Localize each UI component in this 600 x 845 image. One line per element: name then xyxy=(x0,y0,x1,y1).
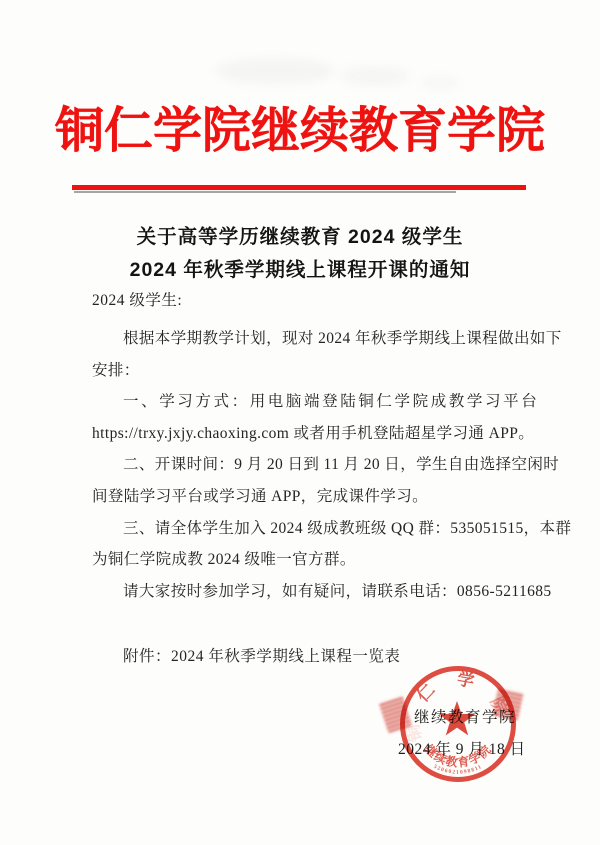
attachment-line: 附件：2024 年秋季学期线上课程一览表 xyxy=(92,644,400,666)
svg-text:继续教育学院: 继续教育学院 xyxy=(422,741,494,770)
body-line-url: https://trxy.jxjy.chaoxing.com 或者用手机登陆超星… xyxy=(92,418,522,450)
seal-bottom-text: 继续教育学院 xyxy=(422,741,494,770)
scan-artifact xyxy=(215,58,335,84)
body-line: 二、开课时间：9 月 20 日到 11 月 20 日，学生自由选择空闲时 xyxy=(92,449,522,481)
body-line: 三、请全体学生加入 2024 级成教班级 QQ 群：535051515，本群 xyxy=(92,513,522,545)
scan-artifact xyxy=(420,76,460,90)
scan-artifact xyxy=(340,66,410,86)
scanned-notice-page: 铜仁学院继续教育学院 关于高等学历继续教育 2024 级学生 2024 年秋季学… xyxy=(0,0,600,845)
letterhead-rule-shadow xyxy=(74,191,456,193)
seal-arc-char: 学 xyxy=(456,668,476,691)
official-seal: 铜 仁 学 院 继续教育学院 5206021098811 xyxy=(396,662,520,786)
notice-body: 根据本学期教学计划，现对 2024 年秋季学期线上课程做出如下 安排： 一、学习… xyxy=(92,323,522,607)
body-line: 安排： xyxy=(92,355,522,387)
star-icon xyxy=(439,701,475,735)
body-line: 根据本学期教学计划，现对 2024 年秋季学期线上课程做出如下 xyxy=(92,323,522,355)
body-line: 为铜仁学院成教 2024 级唯一官方群。 xyxy=(92,544,522,576)
letterhead-red-rule xyxy=(72,185,526,190)
letterhead-org-name: 铜仁学院继续教育学院 xyxy=(0,100,600,162)
salutation: 2024 级学生: xyxy=(92,288,182,310)
body-line-contact: 请大家按时参加学习，如有疑问，请联系电话：0856-5211685 xyxy=(92,576,522,608)
notice-title-line1: 关于高等学历继续教育 2024 级学生 xyxy=(0,221,600,249)
notice-title-line2: 2024 年秋季学期线上课程开课的通知 xyxy=(0,254,600,282)
body-line: 间登陆学习平台或学习通 APP，完成课件学习。 xyxy=(92,481,522,513)
body-line: 一、学习方式：用电脑端登陆铜仁学院成教学习平台 xyxy=(92,386,522,418)
